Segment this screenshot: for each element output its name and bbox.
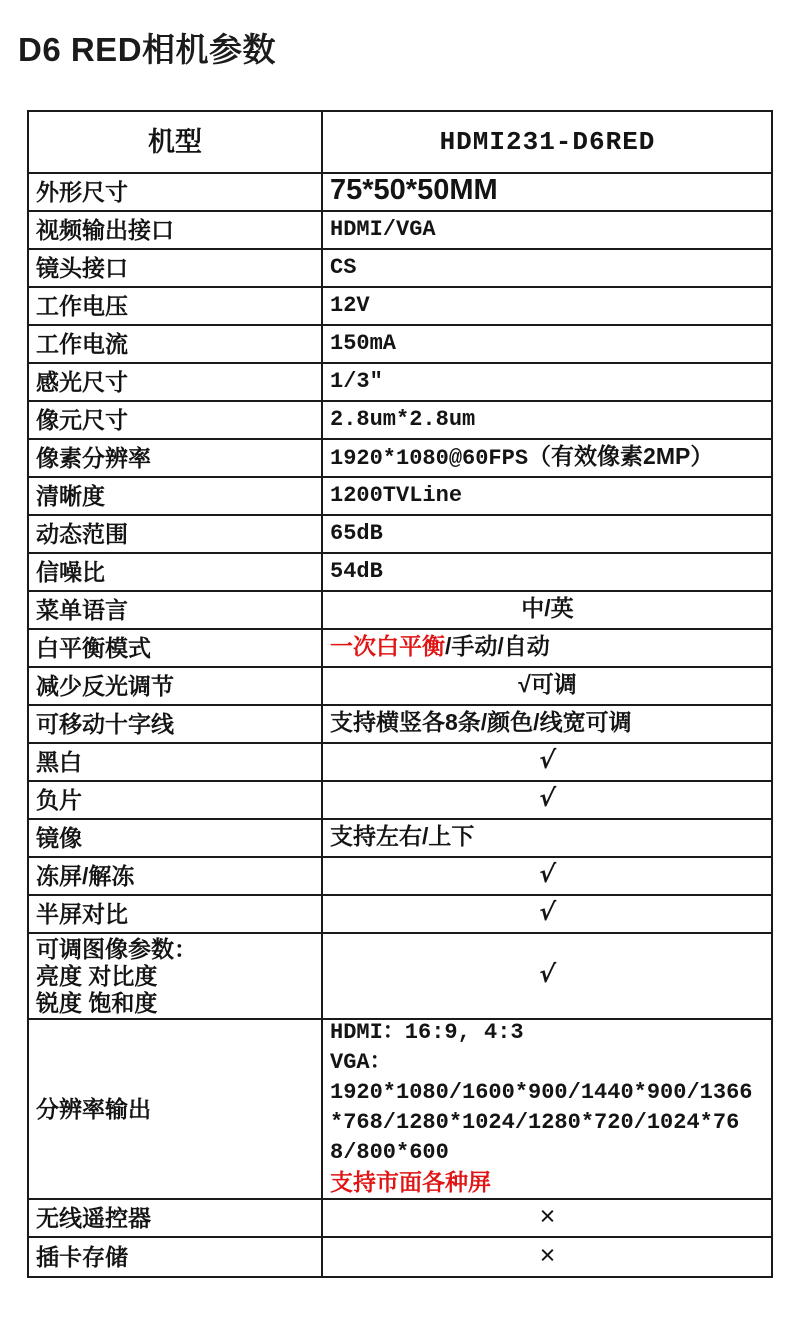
table-row: 分辨率输出HDMI：16:9, 4:3VGA：1920*1080/1600*90…: [29, 1020, 771, 1200]
row-label: 冻屏/解冻: [29, 858, 323, 894]
row-value: 65dB: [323, 516, 771, 552]
row-label-line: 减少反光调节: [36, 673, 174, 700]
header-model-label-text: 机型: [148, 129, 202, 156]
row-label-line: 工作电压: [36, 293, 128, 320]
row-label-line: 可调图像参数：: [36, 936, 197, 963]
row-value: √: [323, 858, 771, 894]
value-segment: 1200TVLine: [330, 483, 462, 508]
table-row: 工作电压12V: [29, 288, 771, 326]
row-label-line: 插卡存储: [36, 1244, 128, 1271]
row-label-line: 外形尺寸: [36, 179, 128, 206]
table-row: 镜头接口CS: [29, 250, 771, 288]
value-segment: 2.8um*2.8um: [330, 407, 475, 432]
row-label: 白平衡模式: [29, 630, 323, 666]
row-value-line: 支持左右/上下: [330, 822, 474, 854]
row-value-line: 支持横竖各8条/颜色/线宽可调: [330, 708, 632, 740]
table-row: 黑白√: [29, 744, 771, 782]
row-value: HDMI：16:9, 4:3VGA：1920*1080/1600*900/144…: [323, 1020, 771, 1198]
table-row: 可调图像参数：亮度 对比度锐度 饱和度√: [29, 934, 771, 1020]
row-label: 外形尺寸: [29, 174, 323, 210]
row-label: 分辨率输出: [29, 1020, 323, 1198]
row-label-line: 镜像: [36, 825, 82, 852]
row-value-line: CS: [330, 253, 356, 283]
row-value-line: 2.8um*2.8um: [330, 405, 475, 435]
row-label: 无线遥控器: [29, 1200, 323, 1236]
table-row: 像元尺寸2.8um*2.8um: [29, 402, 771, 440]
row-value: 1200TVLine: [323, 478, 771, 514]
row-value-line: √: [539, 960, 555, 992]
value-segment: 1/3″: [330, 369, 383, 394]
row-value: √: [323, 896, 771, 932]
row-value: 中/英: [323, 592, 771, 628]
row-value-line: 1920*1080@60FPS（有效像素2MP）: [330, 442, 713, 474]
value-segment: （有效像素2MP）: [528, 443, 713, 469]
row-value-line: 支持市面各种屏: [330, 1168, 491, 1198]
check-icon: √: [538, 860, 557, 889]
value-segment: 12V: [330, 293, 370, 318]
spec-table: 机型 HDMI231-D6RED 外形尺寸75*50*50MM视频输出接口HDM…: [27, 110, 773, 1278]
row-label: 黑白: [29, 744, 323, 780]
row-value: ×: [323, 1238, 771, 1276]
row-value-line: √: [539, 860, 555, 892]
row-label-line: 感光尺寸: [36, 369, 128, 396]
value-segment: HDMI/VGA: [330, 217, 436, 242]
page: D6 RED相机参数 机型 HDMI231-D6RED 外形尺寸75*50*50…: [0, 0, 800, 1325]
row-label: 镜头接口: [29, 250, 323, 286]
check-icon: √: [538, 960, 557, 989]
table-row: 外形尺寸75*50*50MM: [29, 174, 771, 212]
row-label: 动态范围: [29, 516, 323, 552]
row-value-line: HDMI/VGA: [330, 215, 436, 245]
row-label: 清晰度: [29, 478, 323, 514]
table-row: 动态范围65dB: [29, 516, 771, 554]
table-row: 信噪比54dB: [29, 554, 771, 592]
table-row: 可移动十字线支持横竖各8条/颜色/线宽可调: [29, 706, 771, 744]
table-row: 冻屏/解冻√: [29, 858, 771, 896]
row-label-line: 冻屏/解冻: [36, 863, 134, 890]
row-value: √: [323, 782, 771, 818]
row-label: 插卡存储: [29, 1238, 323, 1276]
table-header-row: 机型 HDMI231-D6RED: [29, 112, 771, 174]
row-label: 像素分辨率: [29, 440, 323, 476]
row-value-line: √可调: [518, 670, 577, 702]
row-label: 可移动十字线: [29, 706, 323, 742]
row-value-line: 1/3″: [330, 367, 383, 397]
row-label-line: 负片: [36, 787, 82, 814]
row-label-line: 工作电流: [36, 331, 128, 358]
row-value-line: 12V: [330, 291, 370, 321]
table-row: 减少反光调节√可调: [29, 668, 771, 706]
value-segment: 一次白平衡: [330, 633, 445, 659]
value-segment: 支持市面各种屏: [330, 1169, 491, 1195]
row-value-line: 75*50*50MM: [330, 176, 498, 209]
table-body: 外形尺寸75*50*50MM视频输出接口HDMI/VGA镜头接口CS工作电压12…: [29, 174, 771, 1276]
value-segment: VGA：: [330, 1050, 392, 1075]
row-label-line: 锐度 饱和度: [36, 990, 157, 1017]
row-label-line: 可移动十字线: [36, 711, 174, 738]
value-segment: 75*50*50MM: [330, 174, 498, 206]
value-segment: CS: [330, 255, 356, 280]
row-label-line: 半屏对比: [36, 901, 128, 928]
row-label-line: 黑白: [36, 749, 82, 776]
row-value-line: 中/英: [521, 594, 573, 626]
row-label: 工作电压: [29, 288, 323, 324]
row-value: 1920*1080@60FPS（有效像素2MP）: [323, 440, 771, 476]
header-model-value-text: HDMI231-D6RED: [440, 128, 656, 157]
table-row: 白平衡模式一次白平衡/手动/自动: [29, 630, 771, 668]
check-icon: √: [538, 746, 557, 775]
value-segment: √可调: [518, 671, 577, 697]
row-value-line: HDMI：16:9, 4:3: [330, 1020, 524, 1048]
row-value-line: ×: [540, 1241, 556, 1274]
row-label-line: 信噪比: [36, 559, 105, 586]
row-value: √: [323, 744, 771, 780]
row-value: √可调: [323, 668, 771, 704]
row-label-line: 像元尺寸: [36, 407, 128, 434]
row-value: 一次白平衡/手动/自动: [323, 630, 771, 666]
row-value: ×: [323, 1200, 771, 1236]
row-label-line: 像素分辨率: [36, 445, 151, 472]
row-value-line: 54dB: [330, 557, 383, 587]
row-label: 信噪比: [29, 554, 323, 590]
cross-icon: ×: [540, 1240, 556, 1270]
value-segment: 54dB: [330, 559, 383, 584]
cross-icon: ×: [540, 1201, 556, 1231]
row-label: 工作电流: [29, 326, 323, 362]
row-value: 150mA: [323, 326, 771, 362]
check-icon: √: [538, 898, 557, 927]
table-row: 视频输出接口HDMI/VGA: [29, 212, 771, 250]
header-model-label: 机型: [29, 112, 323, 172]
value-segment: 150mA: [330, 331, 396, 356]
row-value-line: ×: [540, 1202, 556, 1235]
row-value-line: 65dB: [330, 519, 383, 549]
value-segment: HDMI：16:9, 4:3: [330, 1020, 524, 1045]
table-row: 感光尺寸1/3″: [29, 364, 771, 402]
row-label: 减少反光调节: [29, 668, 323, 704]
value-segment: 1920*1080@60FPS: [330, 446, 528, 471]
row-value-line: VGA：: [330, 1048, 392, 1078]
row-label: 可调图像参数：亮度 对比度锐度 饱和度: [29, 934, 323, 1018]
row-label-line: 镜头接口: [36, 255, 128, 282]
row-value-line: 150mA: [330, 329, 396, 359]
row-label: 像元尺寸: [29, 402, 323, 438]
row-value: HDMI/VGA: [323, 212, 771, 248]
row-label-line: 无线遥控器: [36, 1205, 151, 1232]
value-segment: 中/英: [521, 595, 573, 621]
row-value: 2.8um*2.8um: [323, 402, 771, 438]
row-value: 54dB: [323, 554, 771, 590]
row-label: 负片: [29, 782, 323, 818]
row-value: 1/3″: [323, 364, 771, 400]
row-label-line: 菜单语言: [36, 597, 128, 624]
table-row: 清晰度1200TVLine: [29, 478, 771, 516]
table-row: 插卡存储×: [29, 1238, 771, 1276]
check-icon: √: [538, 784, 557, 813]
row-label-line: 视频输出接口: [36, 217, 174, 244]
page-title: D6 RED相机参数: [18, 24, 276, 71]
row-label: 镜像: [29, 820, 323, 856]
row-value-line: 1920*1080/1600*900/1440*900/1366*768/128…: [330, 1078, 765, 1168]
value-segment: 65dB: [330, 521, 383, 546]
row-label-line: 清晰度: [36, 483, 105, 510]
row-value-line: 一次白平衡/手动/自动: [330, 632, 550, 664]
row-label-line: 亮度 对比度: [36, 963, 157, 990]
row-value: 支持横竖各8条/颜色/线宽可调: [323, 706, 771, 742]
row-value-line: √: [539, 784, 555, 816]
value-segment: 支持左右/上下: [330, 823, 474, 849]
row-label-line: 动态范围: [36, 521, 128, 548]
row-value: 12V: [323, 288, 771, 324]
row-label: 半屏对比: [29, 896, 323, 932]
row-label: 菜单语言: [29, 592, 323, 628]
table-row: 镜像支持左右/上下: [29, 820, 771, 858]
row-value-line: √: [539, 746, 555, 778]
row-label: 视频输出接口: [29, 212, 323, 248]
row-value: 75*50*50MM: [323, 174, 771, 210]
row-label: 感光尺寸: [29, 364, 323, 400]
value-segment: 1920*1080/1600*900/1440*900/1366*768/128…: [330, 1080, 752, 1165]
table-row: 无线遥控器×: [29, 1200, 771, 1238]
row-value-line: 1200TVLine: [330, 481, 462, 511]
row-value: √: [323, 934, 771, 1018]
row-value-line: √: [539, 898, 555, 930]
table-row: 负片√: [29, 782, 771, 820]
row-value: 支持左右/上下: [323, 820, 771, 856]
row-value: CS: [323, 250, 771, 286]
table-row: 半屏对比√: [29, 896, 771, 934]
value-segment: /手动/自动: [445, 633, 550, 659]
table-row: 菜单语言中/英: [29, 592, 771, 630]
value-segment: 支持横竖各8条/颜色/线宽可调: [330, 709, 632, 735]
row-label-line: 白平衡模式: [36, 635, 151, 662]
table-row: 像素分辨率1920*1080@60FPS（有效像素2MP）: [29, 440, 771, 478]
table-row: 工作电流150mA: [29, 326, 771, 364]
row-label-line: 分辨率输出: [36, 1096, 151, 1123]
header-model-value: HDMI231-D6RED: [323, 112, 771, 172]
